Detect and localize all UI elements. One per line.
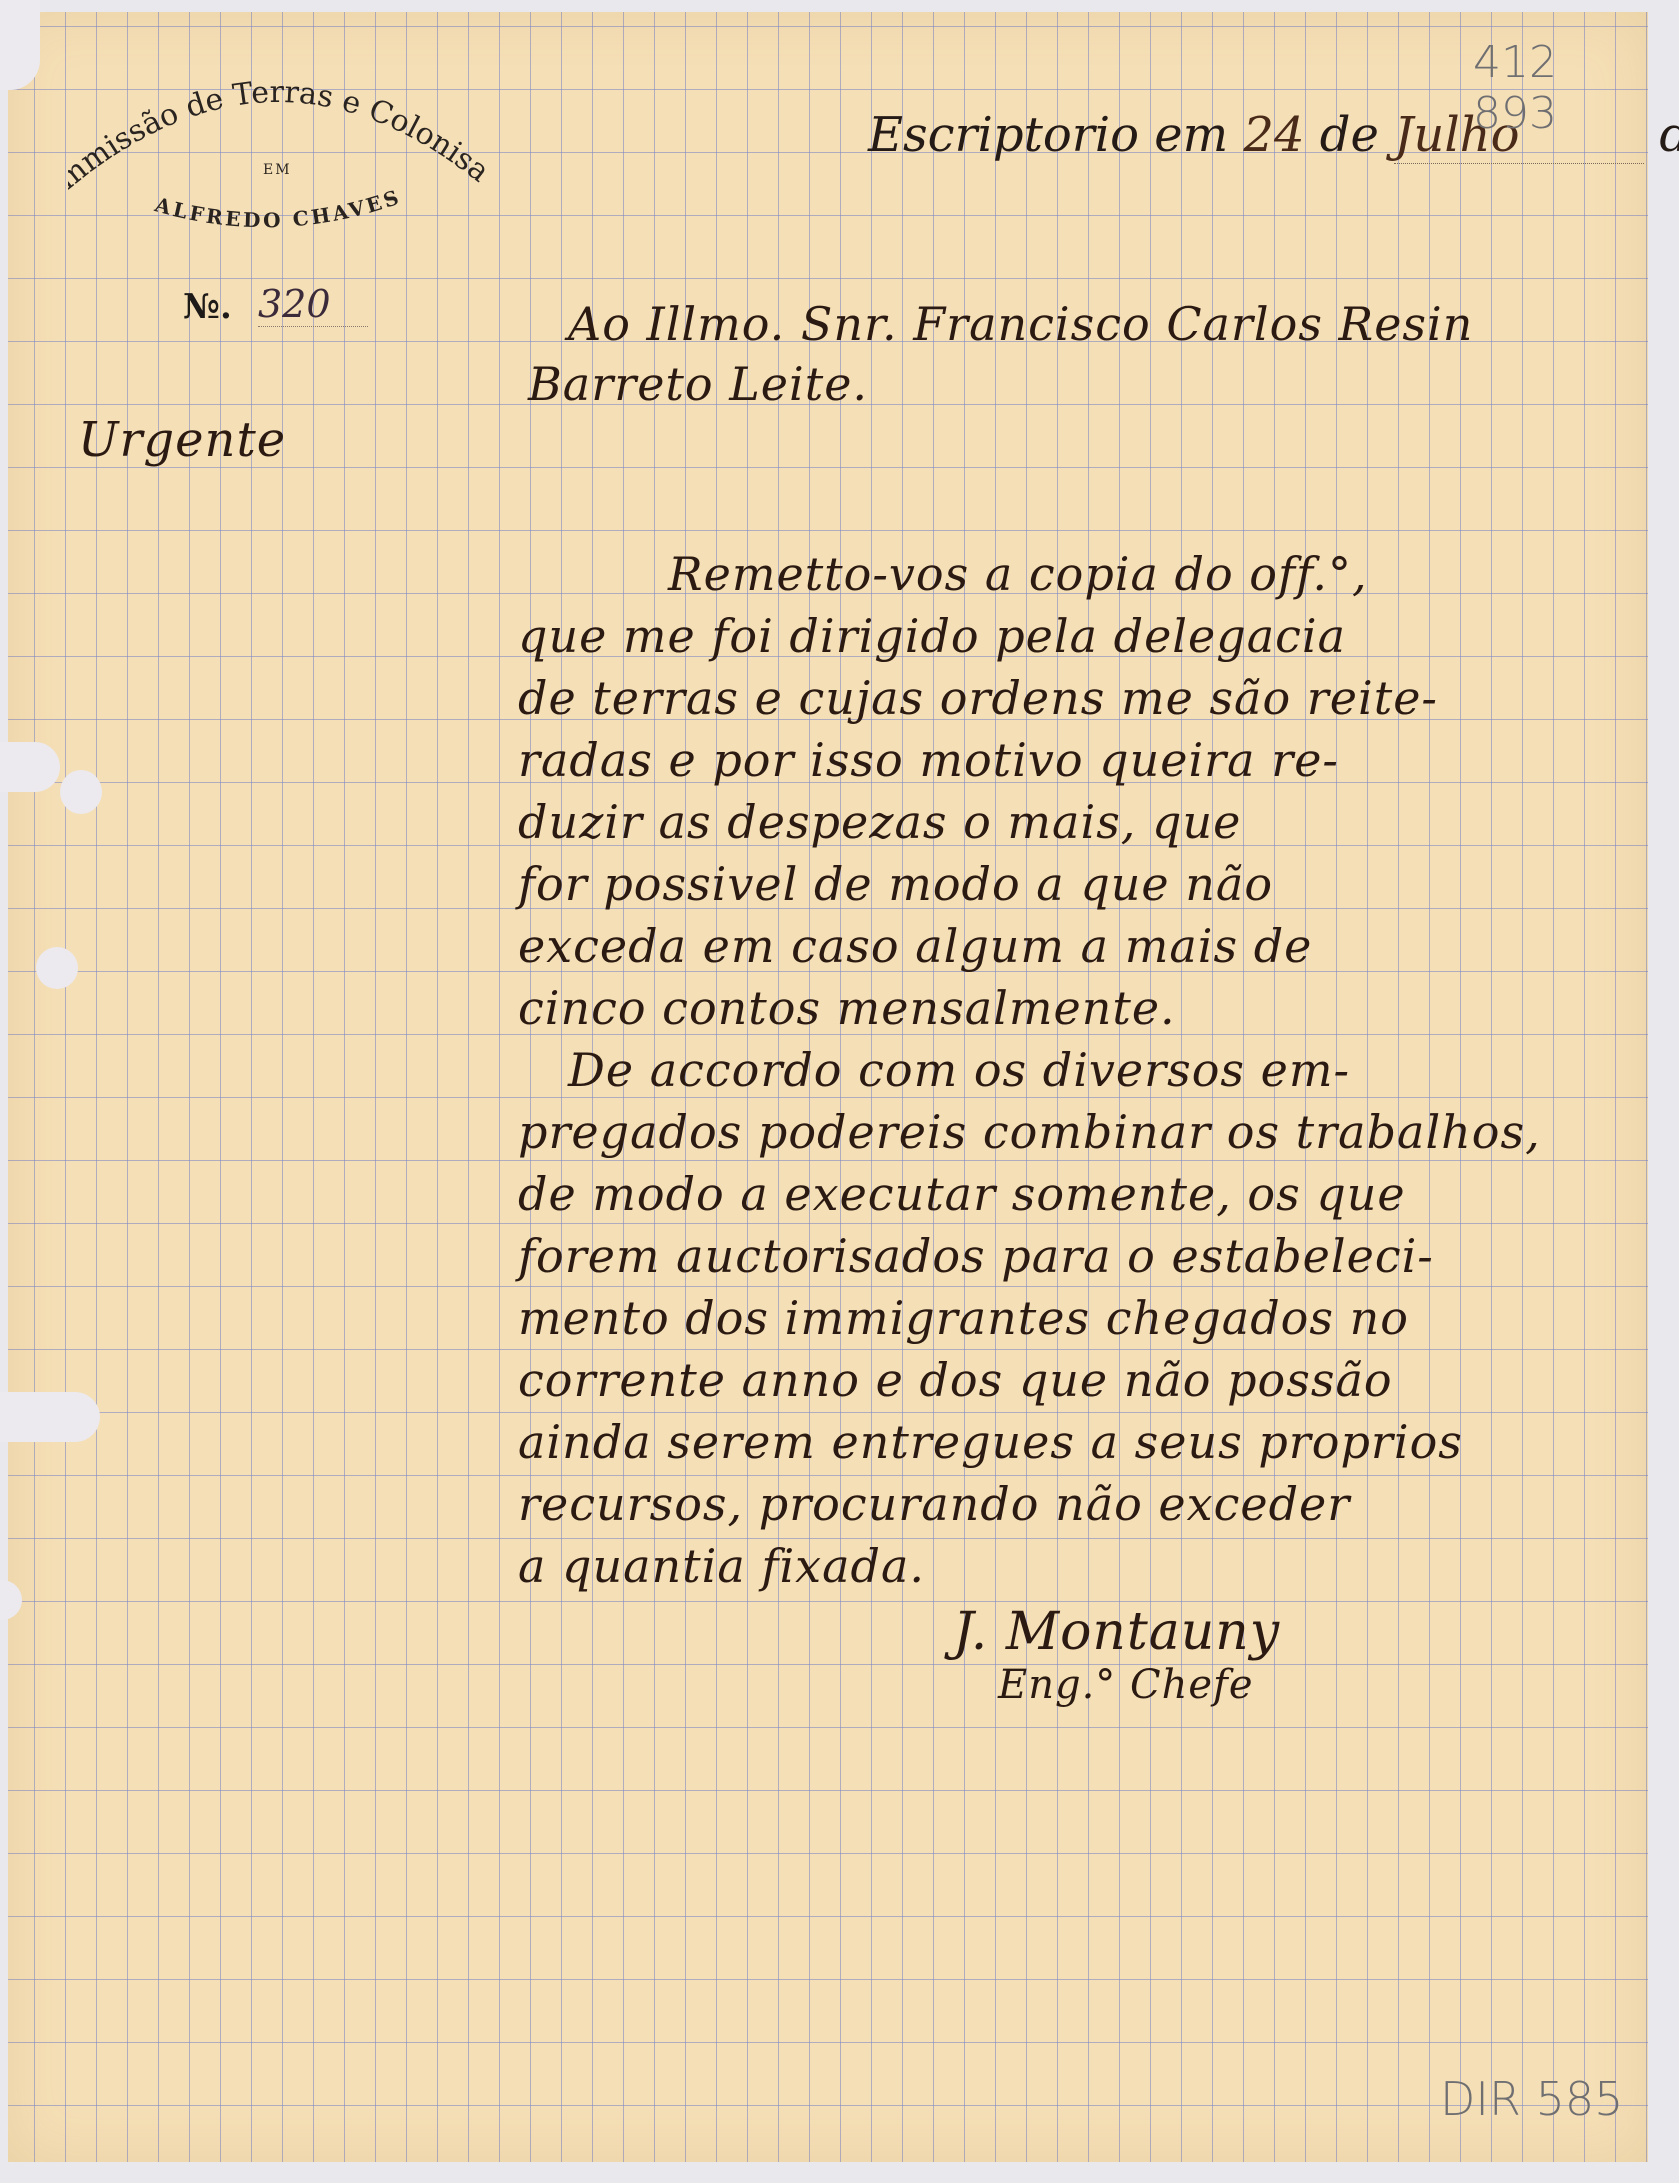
punch-hole xyxy=(60,770,102,814)
archive-number-top: 412 893 xyxy=(1473,37,1648,139)
body-line: radas e por isso motivo queira re- xyxy=(518,733,1339,787)
date-day: 24 xyxy=(1243,107,1304,163)
body-line: que me foi dirigido pela delegacia xyxy=(518,609,1346,663)
svg-text:ALFREDO CHAVES: ALFREDO CHAVES xyxy=(152,184,405,232)
body-line: De accordo com os diversos em- xyxy=(568,1043,1350,1097)
archive-number-bottom: DIR 585 xyxy=(1440,2072,1623,2126)
body-line: de modo a executar somente, os que xyxy=(518,1167,1406,1221)
date-de: de xyxy=(1659,107,1679,163)
body-line: forem auctorisados para o estabeleci- xyxy=(518,1229,1434,1283)
body-line: exceda em caso algum a mais de xyxy=(518,919,1312,973)
date-prefix: Escriptorio em xyxy=(868,107,1228,163)
body-line: mento dos immigrantes chegados no xyxy=(518,1291,1409,1345)
body-line: pregados podereis combinar os trabalhos, xyxy=(518,1105,1541,1159)
number-value: 320 xyxy=(258,282,368,327)
body-line: duzir as despezas o mais, que xyxy=(518,795,1241,849)
signature-name: J. Montauny xyxy=(953,1602,1280,1662)
letterhead-location: ALFREDO CHAVES xyxy=(128,172,428,252)
recipient-line-2: Barreto Leite. xyxy=(528,357,868,411)
recipient-line-1: Ao Illmo. Snr. Francisco Carlos Resin xyxy=(568,297,1473,351)
letter-page: Commissão de Terras e Colonisação EM ALF… xyxy=(8,12,1648,2162)
body-line: for possivel de modo a que não xyxy=(518,857,1273,911)
margin-note-urgent: Urgente xyxy=(78,412,286,468)
body-line: a quantia fixada. xyxy=(518,1539,925,1593)
date-de: de xyxy=(1320,107,1379,163)
signature-title: Eng.° Chefe xyxy=(998,1662,1254,1708)
torn-edge xyxy=(0,742,60,792)
torn-edge xyxy=(0,1580,22,1620)
body-line: Remetto-vos a copia do off.°, xyxy=(668,547,1368,601)
body-line: cinco contos mensalmente. xyxy=(518,981,1176,1035)
number-label: №. xyxy=(183,287,232,327)
body-line: ainda serem entregues a seus proprios xyxy=(518,1415,1463,1469)
punch-hole xyxy=(36,947,78,989)
torn-corner xyxy=(0,0,40,90)
torn-edge xyxy=(0,1392,100,1442)
body-line: recursos, procurando não exceder xyxy=(518,1477,1350,1531)
body-line: de terras e cujas ordens me são reite- xyxy=(518,671,1438,725)
body-line: corrente anno e dos que não possão xyxy=(518,1353,1393,1407)
